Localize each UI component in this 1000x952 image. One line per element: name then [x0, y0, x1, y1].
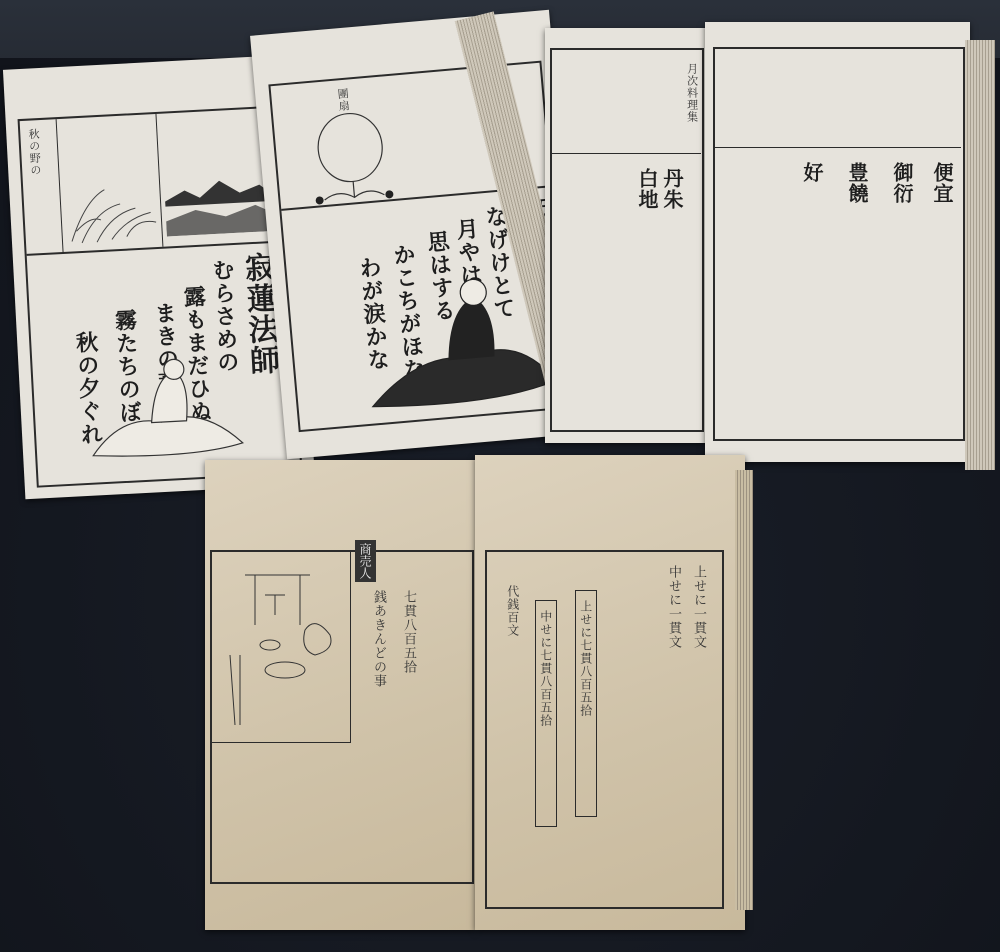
book2-left-page: 月次料理集 丹朱 白地	[545, 28, 705, 443]
page-frame	[485, 550, 724, 909]
book3-left-page: 商売人 七貫八百五拾 銭あきんどの事	[205, 460, 475, 930]
header-divider	[715, 147, 961, 148]
book3-page-block	[735, 470, 753, 910]
illustration-floor	[211, 742, 351, 743]
glossary-column: 好	[800, 162, 823, 183]
glossary-column: 丹朱	[660, 168, 683, 210]
body-text: 銭あきんどの事	[370, 590, 385, 688]
body-text: 上せに一貫文	[690, 565, 705, 649]
glossary-column: 便宜	[930, 162, 953, 204]
fan-illustration	[297, 103, 405, 206]
body-text: 七貫八百五拾	[400, 590, 415, 674]
grass-illustration	[63, 157, 162, 247]
boxed-text: 上せに七貫八百五拾	[578, 600, 592, 717]
page-frame	[550, 48, 704, 432]
body-text: 代銭百文	[505, 585, 519, 637]
header-divider	[551, 153, 701, 154]
seated-monk-figure	[78, 347, 254, 466]
book2-right-page: 便宜 御衍 豊饒 好	[705, 22, 970, 462]
book3-right-page: 上せに七貫八百五拾 中せに七貫八百五拾 代銭百文 上せに一貫文 中せに一貫文	[475, 455, 745, 930]
fan-label: 團扇	[335, 88, 350, 113]
illustration-frame	[350, 552, 351, 742]
merchant-scale-illustration	[215, 555, 350, 735]
section-label: 商売人	[355, 540, 376, 582]
body-text: 中せに一貫文	[665, 565, 680, 649]
landscape-illustration	[163, 156, 277, 237]
page-frame	[713, 47, 965, 441]
glossary-column: 白地	[635, 168, 658, 210]
boxed-text: 中せに七貫八百五拾	[538, 610, 552, 727]
glossary-column: 豊饒	[845, 162, 868, 204]
glossary-column: 御衍	[890, 162, 913, 204]
book2-page-block	[965, 40, 995, 470]
page-heading: 月次料理集	[685, 63, 698, 123]
